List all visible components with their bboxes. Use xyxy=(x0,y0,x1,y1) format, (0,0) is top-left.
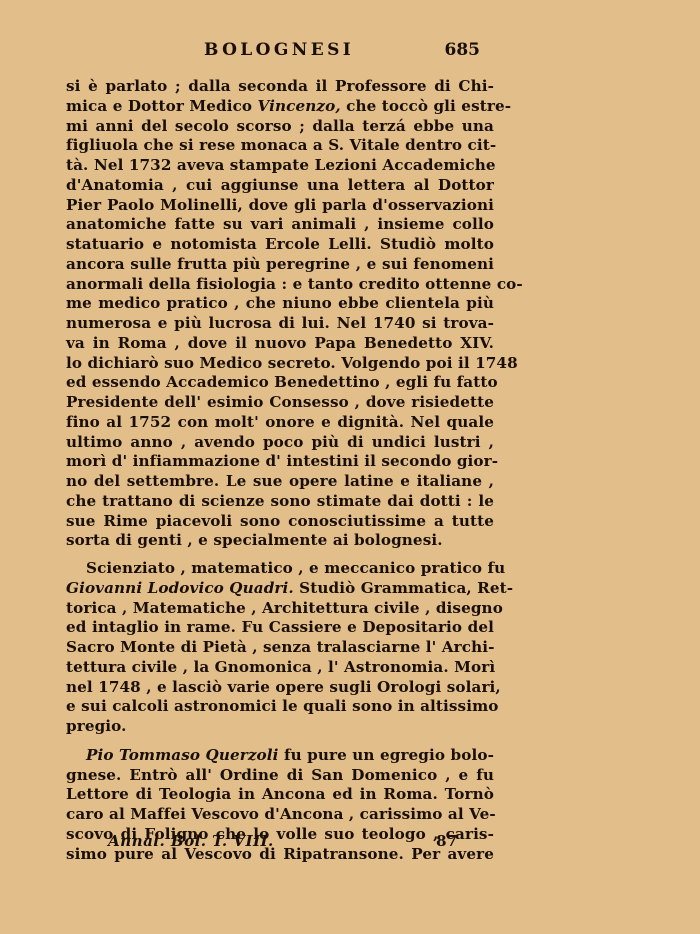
text-line: va in Roma , dove il nuovo Papa Benedett… xyxy=(66,334,494,354)
body-text: si è parlato ; dalla seconda il Professo… xyxy=(66,77,494,864)
signature-number: 87 xyxy=(436,832,457,850)
text-line: Presidente dell' esimio Consesso , dove … xyxy=(66,393,494,413)
text-line: Lettore di Teologia in Ancona ed in Roma… xyxy=(66,785,494,805)
text-run: statuario e notomista Ercole Lelli. Stud… xyxy=(66,235,494,253)
text-line: Giovanni Lodovico Quadri. Studiò Grammat… xyxy=(66,579,494,599)
text-line: nel 1748 , e lasciò varie opere sugli Or… xyxy=(66,678,494,698)
text-line: tettura civile , la Gnomonica , l' Astro… xyxy=(66,658,494,678)
book-page: BOLOGNESI 685 si è parlato ; dalla secon… xyxy=(0,0,700,934)
text-line: figliuola che si rese monaca a S. Vitale… xyxy=(66,136,494,156)
text-line: torica , Matematiche , Architettura civi… xyxy=(66,599,494,619)
running-title: BOLOGNESI xyxy=(204,40,354,60)
text-line: fino al 1752 con molt' onore e dignità. … xyxy=(66,413,494,433)
text-line: ancora sulle frutta più peregrine , e su… xyxy=(66,255,494,275)
text-run: anormali della fisiologia : e tanto cred… xyxy=(66,275,523,293)
text-line: mica e Dottor Medico Vincenzo, che toccò… xyxy=(66,97,494,117)
running-head: BOLOGNESI 685 xyxy=(66,40,494,64)
text-run: Lettore di Teologia in Ancona ed in Roma… xyxy=(66,785,494,803)
text-line: ed essendo Accademico Benedettino , egli… xyxy=(66,373,494,393)
text-run: ed essendo Accademico Benedettino , egli… xyxy=(66,373,498,391)
text-run: va in Roma , dove il nuovo Papa Benedett… xyxy=(66,334,494,352)
signature-mark: Annal. Bol. T. VIII. xyxy=(108,832,274,850)
text-run: si è parlato ; dalla seconda il Professo… xyxy=(66,77,494,95)
text-line: Sacro Monte di Pietà , senza tralasciarn… xyxy=(66,638,494,658)
text-line: e sui calcoli astronomici le quali sono … xyxy=(66,697,494,717)
paragraph-gap xyxy=(66,551,494,559)
text-line: Scienziato , matematico , e meccanico pr… xyxy=(66,559,494,579)
paragraph-gap xyxy=(66,737,494,746)
text-run: Sacro Monte di Pietà , senza tralasciarn… xyxy=(66,638,495,656)
text-line: lo dichiarò suo Medico secreto. Volgendo… xyxy=(66,354,494,374)
text-run: sorta di genti , e specialmente ai bolog… xyxy=(66,531,443,549)
text-run: d'Anatomia , cui aggiunse una lettera al… xyxy=(66,176,494,194)
text-line: sue Rime piacevoli sono conosciutissime … xyxy=(66,512,494,532)
text-run: morì d' infiammazione d' intestini il se… xyxy=(66,452,498,470)
text-line: si è parlato ; dalla seconda il Professo… xyxy=(66,77,494,97)
text-run: fu pure un egregio bolo- xyxy=(279,746,494,764)
text-run: mica e Dottor Medico xyxy=(66,97,258,115)
text-run: Scienziato , matematico , e meccanico pr… xyxy=(86,559,505,577)
text-run: ed intaglio in rame. Fu Cassiere e Depos… xyxy=(66,618,494,636)
text-line: anormali della fisiologia : e tanto cred… xyxy=(66,275,494,295)
text-run: che trattano di scienze sono stimate dai… xyxy=(66,492,494,510)
text-run: sue Rime piacevoli sono conosciutissime … xyxy=(66,512,494,530)
text-line: tà. Nel 1732 aveva stampate Lezioni Acca… xyxy=(66,156,494,176)
text-line: numerosa e più lucrosa di lui. Nel 1740 … xyxy=(66,314,494,334)
text-line: ultimo anno , avendo poco più di undici … xyxy=(66,433,494,453)
text-line: mi anni del secolo scorso ; dalla terzá … xyxy=(66,117,494,137)
text-line: sorta di genti , e specialmente ai bolog… xyxy=(66,531,494,551)
text-run: e sui calcoli astronomici le quali sono … xyxy=(66,697,498,715)
text-run: che toccò gli estre- xyxy=(341,97,511,115)
text-line: Pio Tommaso Querzoli fu pure un egregio … xyxy=(66,746,494,766)
text-run: caro al Maffei Vescovo d'Ancona , cariss… xyxy=(66,805,496,823)
text-run: ancora sulle frutta più peregrine , e su… xyxy=(66,255,494,273)
text-run: nel 1748 , e lasciò varie opere sugli Or… xyxy=(66,678,501,696)
text-run: gnese. Entrò all' Ordine di San Domenico… xyxy=(66,766,494,784)
paragraph-fabbri: si è parlato ; dalla seconda il Professo… xyxy=(66,77,494,551)
text-run: ultimo anno , avendo poco più di undici … xyxy=(66,433,494,451)
signature-line: Annal. Bol. T. VIII. 87 xyxy=(66,832,494,854)
text-run: tettura civile , la Gnomonica , l' Astro… xyxy=(66,658,495,676)
text-line: che trattano di scienze sono stimate dai… xyxy=(66,492,494,512)
italic-name: Giovanni Lodovico Quadri. xyxy=(66,579,294,597)
text-line: morì d' infiammazione d' intestini il se… xyxy=(66,452,494,472)
text-line: ed intaglio in rame. Fu Cassiere e Depos… xyxy=(66,618,494,638)
text-run: figliuola che si rese monaca a S. Vitale… xyxy=(66,136,496,154)
text-run: torica , Matematiche , Architettura civi… xyxy=(66,599,503,617)
italic-name: Vincenzo, xyxy=(258,97,341,115)
text-line: anatomiche fatte su vari animali , insie… xyxy=(66,215,494,235)
text-run: Presidente dell' esimio Consesso , dove … xyxy=(66,393,494,411)
text-run: tà. Nel 1732 aveva stampate Lezioni Acca… xyxy=(66,156,496,174)
page-number: 685 xyxy=(445,40,481,60)
text-run: fino al 1752 con molt' onore e dignità. … xyxy=(66,413,494,431)
paragraph-quadri: Scienziato , matematico , e meccanico pr… xyxy=(66,559,494,737)
text-run: lo dichiarò suo Medico secreto. Volgendo… xyxy=(66,354,518,372)
text-run: anatomiche fatte su vari animali , insie… xyxy=(66,215,494,233)
text-run: Pier Paolo Molinelli, dove gli parla d'o… xyxy=(66,196,494,214)
italic-name: Pio Tommaso Querzoli xyxy=(86,746,279,764)
text-line: gnese. Entrò all' Ordine di San Domenico… xyxy=(66,766,494,786)
text-line: me medico pratico , che niuno ebbe clien… xyxy=(66,294,494,314)
text-line: no del settembre. Le sue opere latine e … xyxy=(66,472,494,492)
text-line: Pier Paolo Molinelli, dove gli parla d'o… xyxy=(66,196,494,216)
text-line: d'Anatomia , cui aggiunse una lettera al… xyxy=(66,176,494,196)
text-run: mi anni del secolo scorso ; dalla terzá … xyxy=(66,117,494,135)
text-line: caro al Maffei Vescovo d'Ancona , cariss… xyxy=(66,805,494,825)
text-run: numerosa e più lucrosa di lui. Nel 1740 … xyxy=(66,314,494,332)
text-line: statuario e notomista Ercole Lelli. Stud… xyxy=(66,235,494,255)
text-run: me medico pratico , che niuno ebbe clien… xyxy=(66,294,494,312)
text-line: pregio. xyxy=(66,717,494,737)
text-run: no del settembre. Le sue opere latine e … xyxy=(66,472,494,490)
text-run: pregio. xyxy=(66,717,127,735)
text-run: Studiò Grammatica, Ret- xyxy=(294,579,513,597)
